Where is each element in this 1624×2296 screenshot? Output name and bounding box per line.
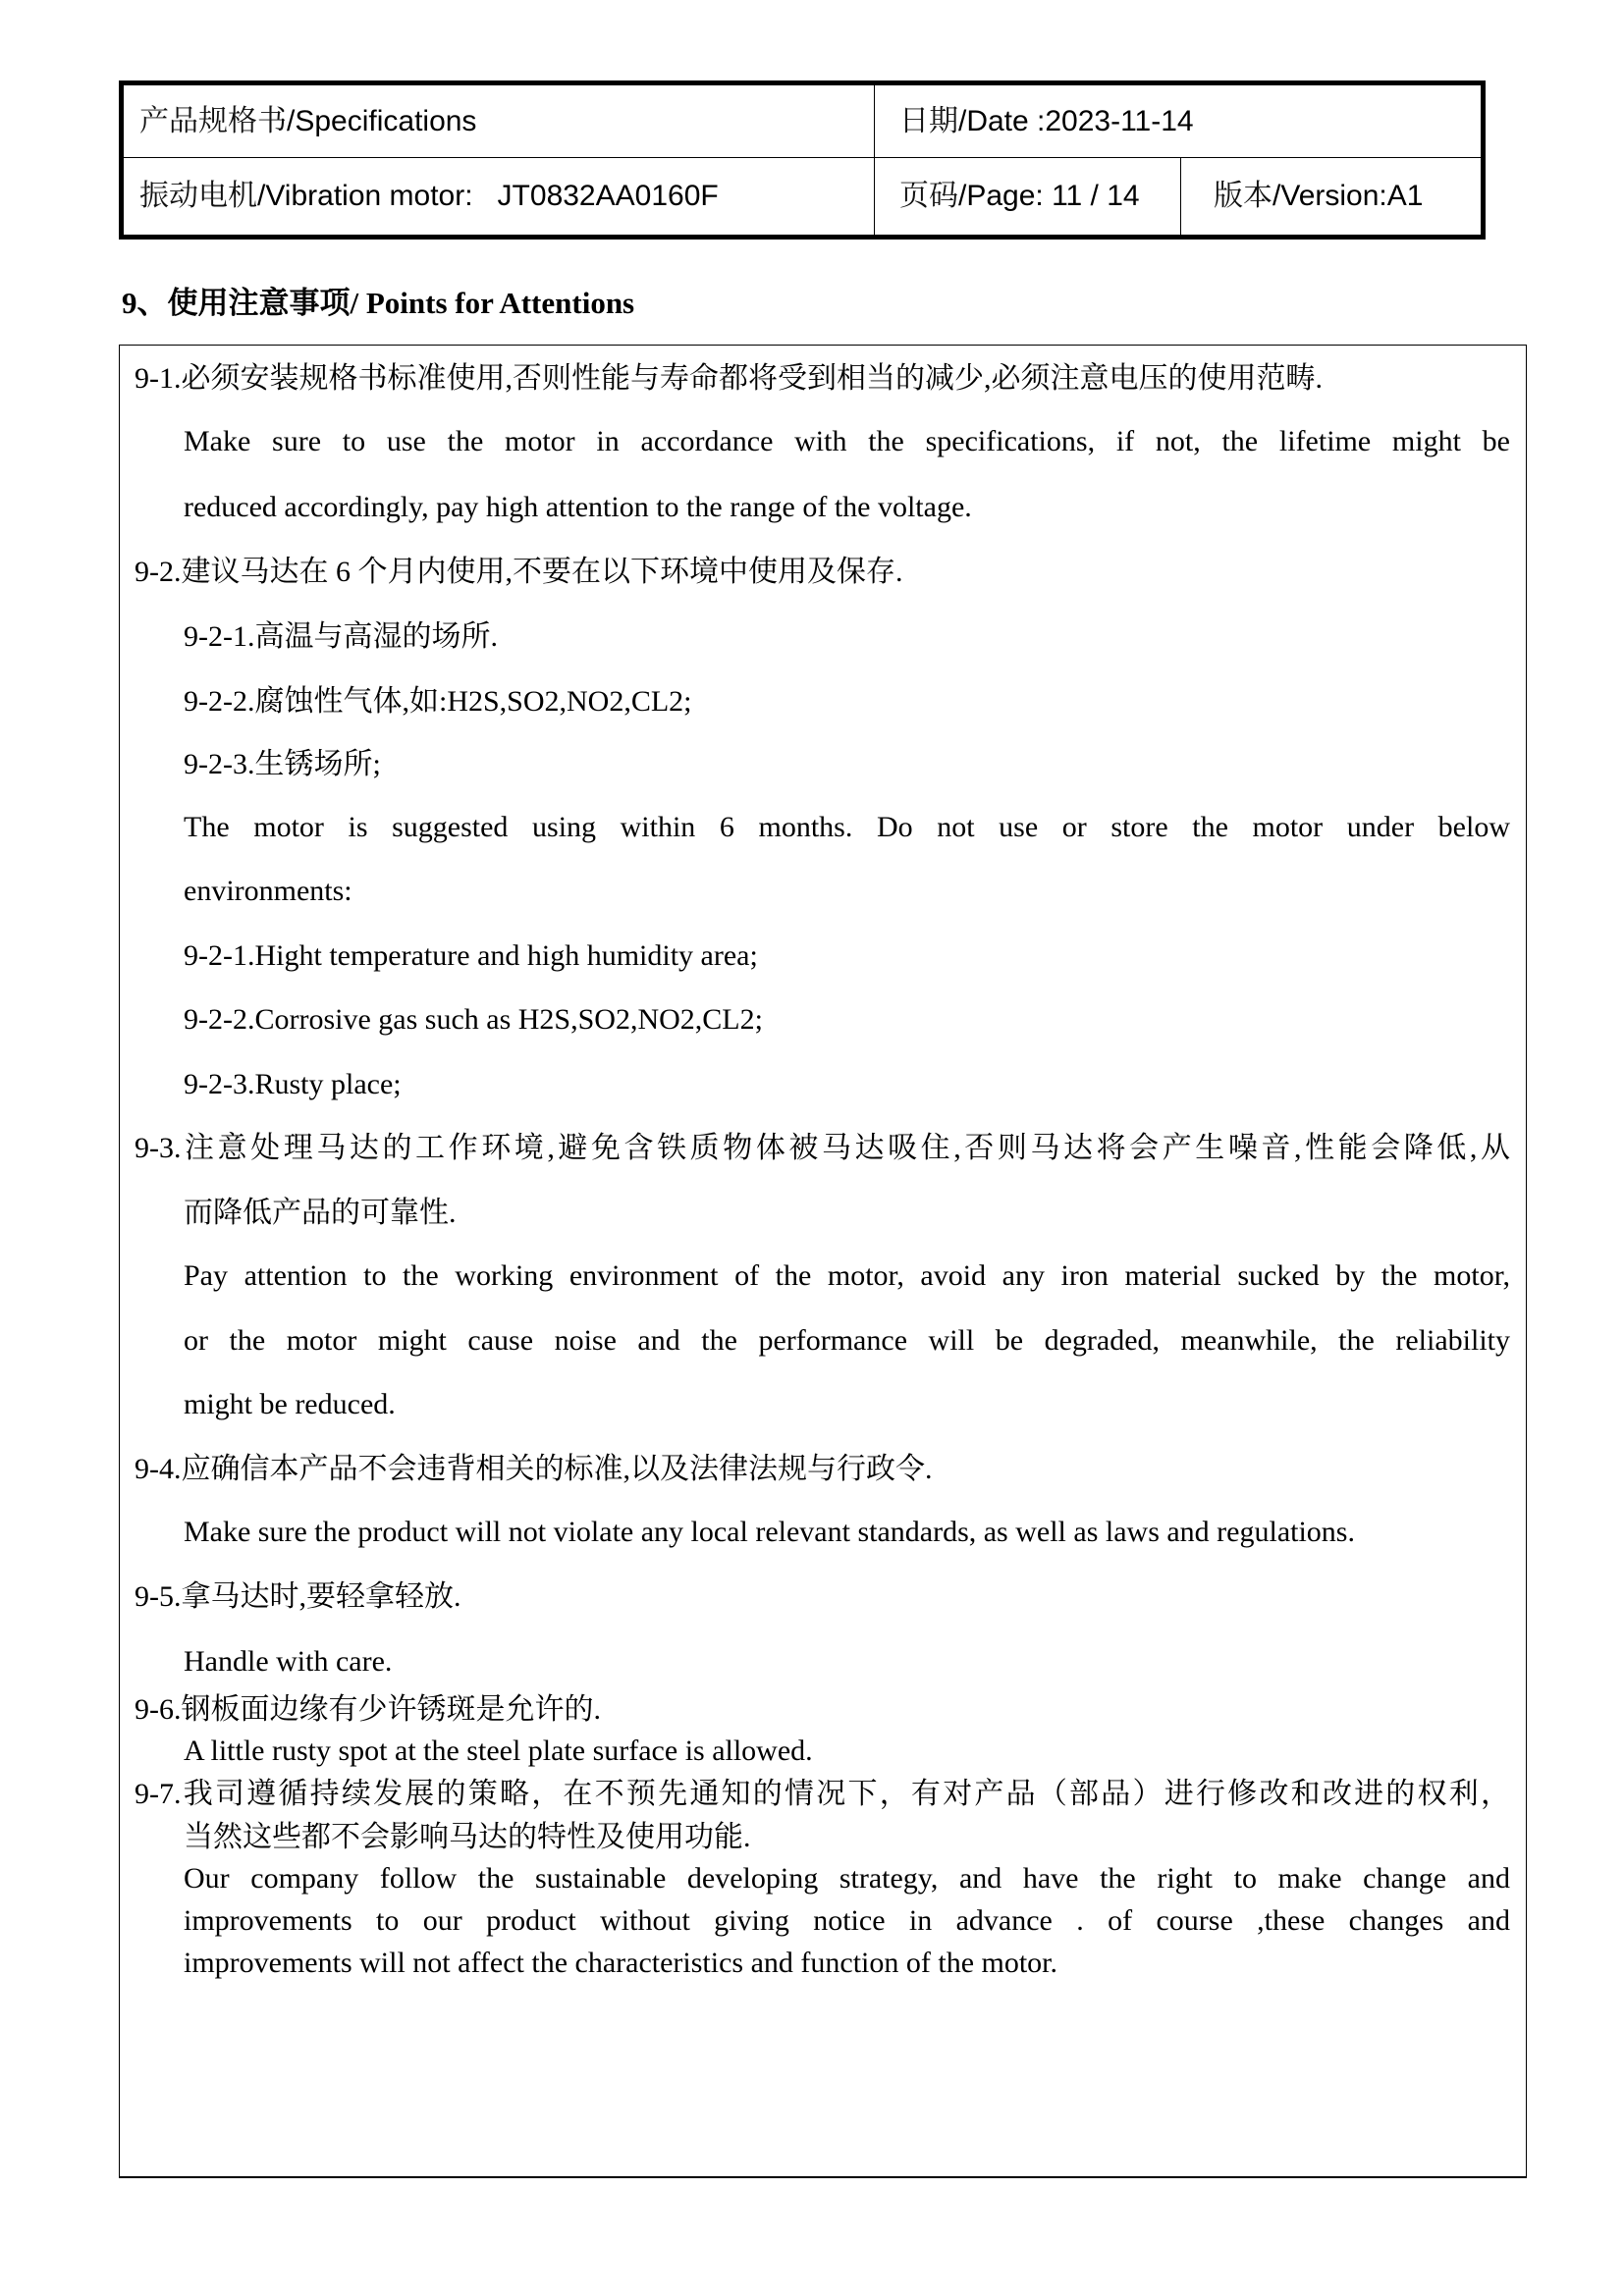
text-line: 9-7.我司遵循持续发展的策略，在不预先通知的情况下，有对产品（部品）进行修改和… bbox=[135, 1775, 1510, 1814]
product-model-value: /Vibration motor: JT0832AA0160F bbox=[257, 180, 719, 212]
text-line: reduced accordingly, pay high attention … bbox=[184, 488, 972, 527]
text-line: 9-2-3.生锈场所; bbox=[184, 745, 381, 784]
text-line: might be reduced. bbox=[184, 1385, 396, 1424]
text-line: 9-2-2.Corrosive gas such as H2S,SO2,NO2,… bbox=[184, 1000, 763, 1040]
header-column-divider bbox=[1180, 157, 1181, 235]
text-line: 9-2-3.Rusty place; bbox=[184, 1065, 402, 1104]
text-line: 9-1.必须安装规格书标准使用,否则性能与寿命都将受到相当的减少,必须注意电压的… bbox=[135, 359, 1323, 399]
text-line: 9-3.注意处理马达的工作环境,避免含铁质物体被马达吸住,否则马达将会产生噪音,… bbox=[135, 1129, 1510, 1168]
text-line: A little rusty spot at the steel plate s… bbox=[184, 1732, 813, 1771]
document-type-label: 产品规格书/Specifications bbox=[139, 102, 476, 141]
text-line: 而降低产品的可靠性. bbox=[184, 1194, 457, 1233]
document-type-cn: 产品规格书 bbox=[139, 104, 287, 138]
document-type-en: /Specifications bbox=[287, 105, 476, 137]
text-line: 9-2-1.Hight temperature and high humidit… bbox=[184, 936, 758, 976]
text-line: 9-4.应确信本产品不会违背相关的标准,以及法律法规与行政令. bbox=[135, 1450, 933, 1489]
text-line: 9-5.拿马达时,要轻拿轻放. bbox=[135, 1577, 461, 1617]
text-line: 9-6.钢板面边缘有少许锈斑是允许的. bbox=[135, 1690, 601, 1730]
version-value: /Version:A1 bbox=[1272, 180, 1423, 212]
text-line: Pay attention to the working environment… bbox=[184, 1256, 1510, 1296]
text-line: improvements will not affect the charact… bbox=[184, 1944, 1057, 1983]
text-line: Make sure to use the motor in accordance… bbox=[184, 422, 1510, 461]
date-label-cn: 日期 bbox=[899, 104, 958, 138]
text-line: improvements to our product without givi… bbox=[184, 1901, 1510, 1941]
document-version: 版本/Version:A1 bbox=[1214, 177, 1423, 216]
text-line: Handle with care. bbox=[184, 1642, 392, 1682]
product-model: 振动电机/Vibration motor: JT0832AA0160F bbox=[139, 177, 719, 216]
document-date: 日期/Date :2023-11-14 bbox=[899, 102, 1194, 141]
version-label-cn: 版本 bbox=[1214, 179, 1272, 213]
header-row-divider bbox=[124, 157, 1481, 158]
section-title: 9、使用注意事项/ Points for Attentions bbox=[122, 284, 634, 323]
text-line: Make sure the product will not violate a… bbox=[184, 1513, 1355, 1552]
page-number-value: /Page: 11 / 14 bbox=[958, 180, 1140, 212]
text-line: 9-2.建议马达在 6 个月内使用,不要在以下环境中使用及保存. bbox=[135, 553, 903, 592]
date-value: /Date :2023-11-14 bbox=[958, 105, 1194, 137]
text-line: The motor is suggested using within 6 mo… bbox=[184, 808, 1510, 847]
header-column-divider bbox=[874, 85, 875, 235]
page-label-cn: 页码 bbox=[899, 179, 958, 213]
page-number: 页码/Page: 11 / 14 bbox=[899, 177, 1140, 216]
text-line: or the motor might cause noise and the p… bbox=[184, 1321, 1510, 1361]
text-line: 9-2-1.高温与高湿的场所. bbox=[184, 617, 498, 657]
product-label-cn: 振动电机 bbox=[139, 179, 257, 213]
text-line: 当然这些都不会影响马达的特性及使用功能. bbox=[184, 1818, 751, 1857]
text-line: 9-2-2.腐蚀性气体,如:H2S,SO2,NO2,CL2; bbox=[184, 682, 692, 721]
text-line: Our company follow the sustainable devel… bbox=[184, 1859, 1510, 1898]
text-line: environments: bbox=[184, 872, 352, 911]
document-header-table: 产品规格书/Specifications 日期/Date :2023-11-14… bbox=[119, 80, 1486, 240]
